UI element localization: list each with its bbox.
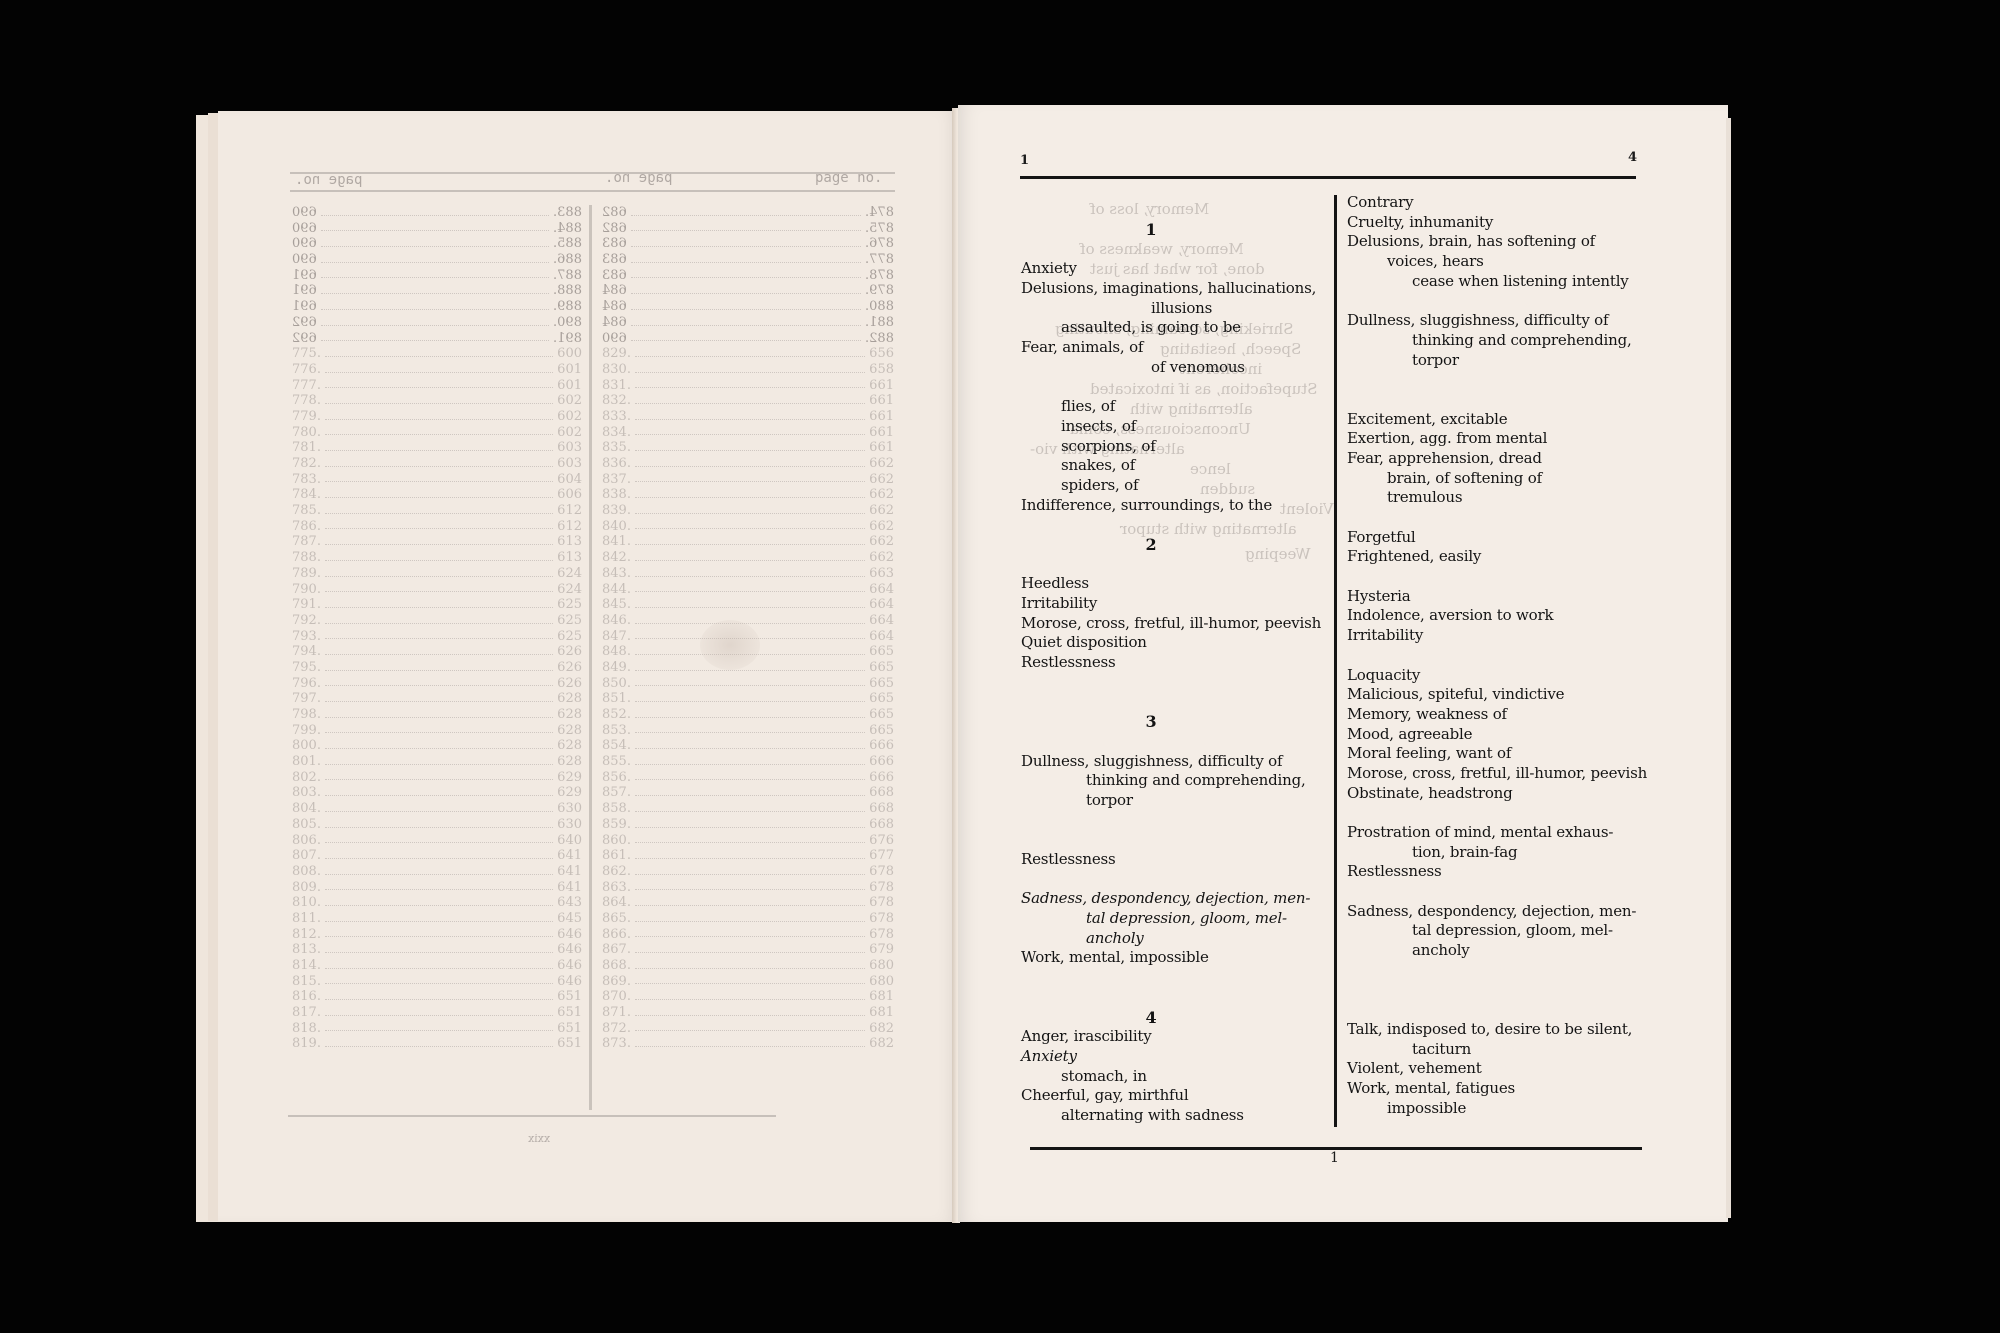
rubric-entry: Anger, irascibility	[1021, 1027, 1321, 1047]
rubric-subentry: torpor	[1347, 351, 1637, 371]
index-row: 837.662	[602, 472, 894, 488]
index-row: 829.656	[602, 346, 894, 362]
rubric-entry: Quiet disposition	[1021, 633, 1321, 653]
spacer	[1347, 567, 1637, 587]
spacer	[1021, 830, 1321, 850]
index-row: 682874.	[602, 205, 894, 221]
index-row: 842.662	[602, 550, 894, 566]
index-row: 795.626	[292, 660, 582, 676]
rubric-entry: Prostration of mind, mental exhaus-	[1347, 823, 1637, 843]
column-divider	[589, 205, 592, 1110]
rubric-entry: Frightened, easily	[1347, 547, 1637, 567]
rubric-entry: Sadness, despondency, dejection, men-	[1347, 902, 1637, 922]
rubric-subentry: thinking and comprehending,	[1021, 771, 1321, 791]
index-row: 793.625	[292, 629, 582, 645]
rubric-entry: Talk, indisposed to, desire to be silent…	[1347, 1020, 1637, 1040]
book-spread: page no. page no. page no. 690883.690884…	[0, 0, 2000, 1333]
index-row: 691888.	[292, 283, 582, 299]
index-row: 867.679	[602, 942, 894, 958]
index-row: 831.661	[602, 378, 894, 394]
index-row: 857.668	[602, 785, 894, 801]
rubric-entry: Restlessness	[1021, 850, 1321, 870]
rubric-entry: Morose, cross, fretful, ill-humor, peevi…	[1347, 764, 1637, 784]
index-row: 791.625	[292, 597, 582, 613]
rubric-entry: Dullness, sluggishness, difficulty of	[1021, 752, 1321, 772]
spacer	[1347, 882, 1637, 902]
index-row: 780.602	[292, 425, 582, 441]
index-row: 839.662	[602, 503, 894, 519]
index-row: 868.680	[602, 958, 894, 974]
index-row: 816.651	[292, 989, 582, 1005]
rubric-subentry: thinking and comprehending,	[1347, 331, 1637, 351]
column-header-c: page no.	[815, 170, 882, 186]
header-rule	[1020, 176, 1636, 179]
index-row: 805.630	[292, 817, 582, 833]
spacer	[1347, 508, 1637, 528]
index-row: 779.602	[292, 409, 582, 425]
rubric-subentry: of venomous	[1021, 358, 1321, 378]
index-row: 690883.	[292, 205, 582, 221]
index-row: 682875.	[602, 221, 894, 237]
index-row: 809.641	[292, 880, 582, 896]
index-row: 684881.	[602, 315, 894, 331]
index-row: 830.658	[602, 362, 894, 378]
rubric-subentry: stomach, in	[1021, 1067, 1321, 1087]
index-row: 853.665	[602, 723, 894, 739]
column-header-b: page no.	[605, 170, 672, 186]
rubric-entry: Dullness, sluggishness, difficulty of	[1347, 311, 1637, 331]
rubric-entry: Hysteria	[1347, 587, 1637, 607]
index-row: 814.646	[292, 958, 582, 974]
index-row: 690886.	[292, 252, 582, 268]
index-row: 788.613	[292, 550, 582, 566]
index-row: 789.624	[292, 566, 582, 582]
index-row: 786.612	[292, 519, 582, 535]
index-row: 840.662	[602, 519, 894, 535]
rubric-entry: Heedless	[1021, 574, 1321, 594]
running-head-left: 1	[1020, 153, 1029, 168]
index-row: 794.626	[292, 644, 582, 660]
index-row: 782.603	[292, 456, 582, 472]
section-number: 2	[1021, 535, 1321, 555]
index-row: 783.604	[292, 472, 582, 488]
spacer	[1021, 968, 1321, 988]
index-row: 873.682	[602, 1036, 894, 1052]
rubric-entry: Cruelty, inhumanity	[1347, 213, 1637, 233]
index-row: 850.665	[602, 676, 894, 692]
rubric-subentry: alternating with sadness	[1021, 1106, 1321, 1126]
column-rule	[1334, 195, 1337, 1127]
index-row: 858.668	[602, 801, 894, 817]
index-row: 787.613	[292, 534, 582, 550]
index-row: 781.603	[292, 440, 582, 456]
rubric-entry: Violent, vehement	[1347, 1059, 1637, 1079]
index-row: 775.600	[292, 346, 582, 362]
rubric-entry: Irritability	[1021, 594, 1321, 614]
rubric-subentry: ancholy	[1347, 941, 1637, 961]
index-row: 870.681	[602, 989, 894, 1005]
header-rule-top	[290, 172, 895, 174]
paper-smudge	[700, 620, 760, 670]
spacer	[1347, 803, 1637, 823]
index-row: 817.651	[292, 1005, 582, 1021]
index-row: 797.628	[292, 691, 582, 707]
left-page-folio: xxix	[528, 1132, 550, 1145]
index-row: 798.628	[292, 707, 582, 723]
index-row: 692890.	[292, 315, 582, 331]
spacer	[1347, 370, 1637, 390]
rubric-subentry: flies, of	[1021, 397, 1321, 417]
index-row: 684879.	[602, 283, 894, 299]
rubric-entry: Delusions, imaginations, hallucinations,	[1021, 279, 1321, 299]
rubric-entry: Work, mental, fatigues	[1347, 1079, 1637, 1099]
spacer	[1347, 1000, 1637, 1020]
index-row: 692891.	[292, 331, 582, 347]
rubric-subentry: tion, brain-fag	[1347, 843, 1637, 863]
index-row: 854.666	[602, 738, 894, 754]
rubric-entry: Malicious, spiteful, vindictive	[1347, 685, 1637, 705]
rubric-subentry: tal depression, gloom, mel-	[1347, 921, 1637, 941]
rubric-entry: Fear, apprehension, dread	[1347, 449, 1637, 469]
rubric-entry: Mood, agreeable	[1347, 725, 1637, 745]
index-row: 799.628	[292, 723, 582, 739]
index-row: 800.628	[292, 738, 582, 754]
column-header-a: page no.	[295, 172, 362, 188]
index-row: 833.661	[602, 409, 894, 425]
index-row: 862.678	[602, 864, 894, 880]
index-row: 851.665	[602, 691, 894, 707]
index-row: 844.664	[602, 582, 894, 598]
rubric-entry: Sadness, despondency, dejection, men-	[1021, 889, 1321, 909]
index-row: 683876.	[602, 236, 894, 252]
rubric-subentry: brain, of softening of	[1347, 469, 1637, 489]
rubric-entry: Restlessness	[1021, 653, 1321, 673]
index-row: 872.682	[602, 1021, 894, 1037]
rubric-entry: Excitement, excitable	[1347, 410, 1637, 430]
rubric-subentry: torpor	[1021, 791, 1321, 811]
rubric-subentry: tremulous	[1347, 488, 1637, 508]
index-row: 808.641	[292, 864, 582, 880]
rubric-entry: Anxiety	[1021, 259, 1321, 279]
index-row: 852.665	[602, 707, 894, 723]
index-row: 871.681	[602, 1005, 894, 1021]
index-row: 815.646	[292, 974, 582, 990]
spacer	[1021, 378, 1321, 398]
spacer	[1347, 390, 1637, 410]
index-row: 807.641	[292, 848, 582, 864]
spacer	[1347, 981, 1637, 1001]
index-row: 856.666	[602, 770, 894, 786]
index-row: 806.640	[292, 833, 582, 849]
section-number: 1	[1021, 220, 1321, 240]
rubric-column-right: ContraryCruelty, inhumanityDelusions, br…	[1347, 193, 1637, 1118]
rubric-subentry: snakes, of	[1021, 456, 1321, 476]
rubric-subentry: insects, of	[1021, 417, 1321, 437]
rubric-entry: Forgetful	[1347, 528, 1637, 548]
index-row: 810.643	[292, 895, 582, 911]
rubric-entry: Restlessness	[1347, 862, 1637, 882]
rubric-entry: Anxiety	[1021, 1047, 1321, 1067]
index-row: 796.626	[292, 676, 582, 692]
index-row: 776.601	[292, 362, 582, 378]
rubric-entry: Contrary	[1347, 193, 1637, 213]
header-rule-bottom	[290, 190, 895, 192]
rubric-subentry: impossible	[1347, 1099, 1637, 1119]
rubric-subentry: ancholy	[1021, 929, 1321, 949]
rubric-entry: Delusions, brain, has softening of	[1347, 232, 1637, 252]
index-row: 790.624	[292, 582, 582, 598]
spacer	[1347, 291, 1637, 311]
index-row: 864.678	[602, 895, 894, 911]
index-row: 869.680	[602, 974, 894, 990]
index-row: 859.668	[602, 817, 894, 833]
rubric-entry: Indolence, aversion to work	[1347, 606, 1637, 626]
index-row: 843.663	[602, 566, 894, 582]
index-row: 691889.	[292, 299, 582, 315]
index-row: 819.651	[292, 1036, 582, 1052]
running-head-right: 4	[1628, 150, 1637, 165]
index-row: 792.625	[292, 613, 582, 629]
rubric-entry: Fear, animals, of	[1021, 338, 1321, 358]
rubric-subentry: cease when listening intently	[1347, 272, 1637, 292]
index-row: 691887.	[292, 268, 582, 284]
spacer	[1021, 240, 1321, 260]
index-row: 845.664	[602, 597, 894, 613]
index-row: 690884.	[292, 221, 582, 237]
section-number: 3	[1021, 712, 1321, 732]
rubric-subentry: voices, hears	[1347, 252, 1637, 272]
index-row: 778.602	[292, 393, 582, 409]
rubric-subentry: illusions	[1021, 299, 1321, 319]
right-page-edge	[1726, 118, 1731, 1218]
spacer	[1347, 646, 1637, 666]
index-row: 863.678	[602, 880, 894, 896]
index-row: 802.629	[292, 770, 582, 786]
index-row: 690885.	[292, 236, 582, 252]
section-number: 4	[1021, 1008, 1321, 1028]
rubric-entry: Irritability	[1347, 626, 1637, 646]
spacer	[1021, 515, 1321, 535]
index-row: 683877.	[602, 252, 894, 268]
spacer	[1021, 555, 1321, 575]
index-row: 861.677	[602, 848, 894, 864]
spacer	[1347, 961, 1637, 981]
index-row: 801.628	[292, 754, 582, 770]
page-folio: 1	[1330, 1150, 1339, 1166]
rubric-subentry: assaulted, is going to be	[1021, 318, 1321, 338]
rubric-subentry: scorpions, of	[1021, 437, 1321, 457]
rubric-entry: Moral feeling, want of	[1347, 744, 1637, 764]
spacer	[1021, 870, 1321, 890]
index-row: 785.612	[292, 503, 582, 519]
footer-rule	[288, 1115, 776, 1117]
spacer	[1021, 732, 1321, 752]
index-row: 811.645	[292, 911, 582, 927]
index-row: 841.662	[602, 534, 894, 550]
index-row: 866.678	[602, 927, 894, 943]
rubric-entry: Indifference, surroundings, to the	[1021, 496, 1321, 516]
index-row: 855.666	[602, 754, 894, 770]
index-row: 684880.	[602, 299, 894, 315]
index-column-a: 690883.690884.690885.690886.691887.69188…	[292, 205, 582, 1052]
rubric-subentry: spiders, of	[1021, 476, 1321, 496]
index-row: 803.629	[292, 785, 582, 801]
rubric-subentry: taciturn	[1347, 1040, 1637, 1060]
rubric-entry: Exertion, agg. from mental	[1347, 429, 1637, 449]
index-row: 690882.	[602, 331, 894, 347]
rubric-entry: Memory, weakness of	[1347, 705, 1637, 725]
rubric-entry: Loquacity	[1347, 666, 1637, 686]
spacer	[1021, 988, 1321, 1008]
index-row: 777.601	[292, 378, 582, 394]
rubric-subentry: tal depression, gloom, mel-	[1021, 909, 1321, 929]
index-row: 683878.	[602, 268, 894, 284]
rubric-entry: Work, mental, impossible	[1021, 948, 1321, 968]
index-row: 835.661	[602, 440, 894, 456]
index-row: 818.651	[292, 1021, 582, 1037]
index-row: 804.630	[292, 801, 582, 817]
index-row: 813.646	[292, 942, 582, 958]
index-row: 812.646	[292, 927, 582, 943]
index-row: 838.662	[602, 487, 894, 503]
index-row: 832.661	[602, 393, 894, 409]
rubric-entry: Obstinate, headstrong	[1347, 784, 1637, 804]
rubric-entry: Morose, cross, fretful, ill-humor, peevi…	[1021, 614, 1321, 634]
index-row: 834.661	[602, 425, 894, 441]
spacer	[1021, 693, 1321, 713]
index-row: 865.678	[602, 911, 894, 927]
rubric-entry: Cheerful, gay, mirthful	[1021, 1086, 1321, 1106]
index-row: 784.606	[292, 487, 582, 503]
index-row: 836.662	[602, 456, 894, 472]
spacer	[1021, 811, 1321, 831]
spacer	[1021, 673, 1321, 693]
rubric-column-left: 1AnxietyDelusions, imaginations, halluci…	[1021, 220, 1321, 1126]
index-row: 860.676	[602, 833, 894, 849]
